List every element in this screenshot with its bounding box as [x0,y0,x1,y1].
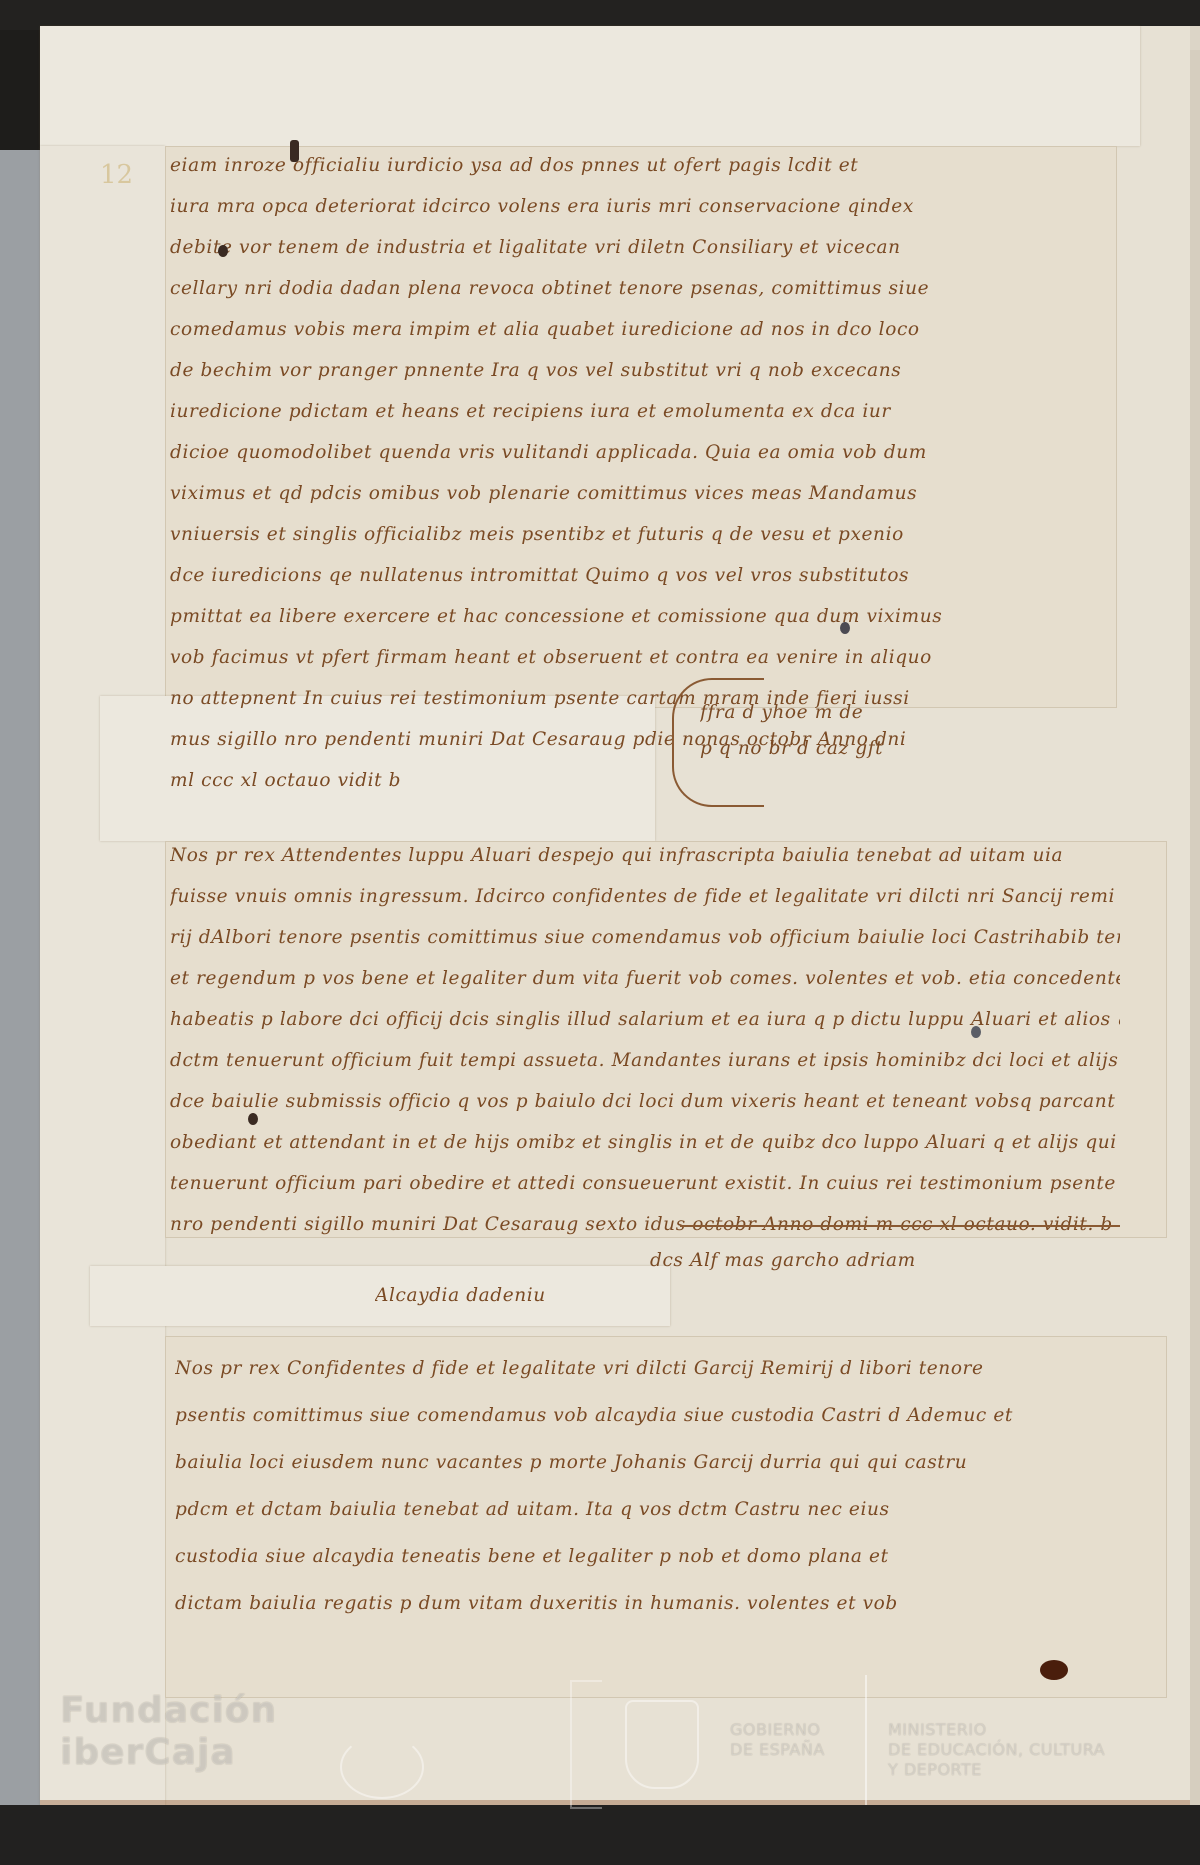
script-line: tenuerunt officium pari obedire et atted… [170,1163,1120,1204]
script-line: rij dAlbori tenore psentis comittimus si… [170,917,1120,958]
signature-line: dcs Alf mas garcho adriam [650,1240,1050,1281]
ink-spot [248,1113,258,1125]
script-line: p q no br d caz gft [700,731,1000,767]
script-line: fuisse vnuis omnis ingressum. Idcirco co… [170,876,1120,917]
script-line: obediant et attendant in et de hijs omib… [170,1122,1120,1163]
watermark-separator [865,1675,867,1805]
scan-background-bottom [0,1805,1200,1865]
text-block-2: Nos pr rex Attendentes luppu Aluari desp… [170,835,1120,1245]
script-line: Alcaydia dadeniu [375,1275,615,1316]
ink-spot [218,245,228,257]
script-line: dicioe quomodolibet quenda vris vulitand… [170,432,1070,473]
watermark-gobierno: GOBIERNO DE ESPAÑA [730,1720,825,1760]
script-line: dctm tenuerunt officium fuit tempi assue… [170,1040,1120,1081]
script-line: dcs Alf mas garcho adriam [650,1240,1050,1281]
coat-of-arms-icon [625,1700,699,1789]
script-line: Nos pr rex Attendentes luppu Aluari desp… [170,835,1120,876]
watermark-line: MINISTERIO [888,1720,1105,1740]
script-line: de bechim vor pranger pnnente Ira q vos … [170,350,1070,391]
ink-blot [1040,1660,1068,1680]
watermark-bracket [570,1680,602,1809]
script-line: eiam inroze officialiu iurdicio ysa ad d… [170,145,1070,186]
script-line: dictam baiulia regatis p dum vitam duxer… [175,1580,1125,1627]
script-line: et regendum p vos bene et legaliter dum … [170,958,1120,999]
ink-spot [290,140,299,162]
script-line: vob facimus vt pfert firmam heant et obs… [170,637,1070,678]
script-line: viximus et qd pdcis omibus vob plenarie … [170,473,1070,514]
separator-rule [680,1225,1120,1227]
watermark-line: GOBIERNO [730,1720,825,1740]
script-line: iura mra opca deteriorat idcirco volens … [170,186,1070,227]
script-line: psentis comittimus siue comendamus vob a… [175,1392,1125,1439]
watermark-fundacion-ibercaja: Fundación iberCaja [60,1690,277,1774]
watermark-line: Fundación [60,1690,277,1732]
marginal-note: ffra d yhoe m de p q no br d caz gft [700,695,1000,767]
text-block-3: Nos pr rex Confidentes d fide et legalit… [175,1345,1125,1627]
script-line: ffra d yhoe m de [700,695,1000,731]
repair-strip-left [40,146,165,1806]
section-heading: Alcaydia dadeniu [375,1275,615,1316]
script-line: comedamus vobis mera impim et alia quabe… [170,309,1070,350]
watermark-line: DE EDUCACIÓN, CULTURA [888,1740,1105,1760]
script-line: baiulia loci eiusdem nunc vacantes p mor… [175,1439,1125,1486]
watermark-line: DE ESPAÑA [730,1740,825,1760]
script-line: pdcm et dctam baiulia tenebat ad uitam. … [175,1486,1125,1533]
script-line: vniuersis et singlis officialibz meis ps… [170,514,1070,555]
ink-spot [840,622,850,634]
script-line: cellary nri dodia dadan plena revoca obt… [170,268,1070,309]
repair-strip-top [40,26,1140,146]
script-line: custodia siue alcaydia teneatis bene et … [175,1533,1125,1580]
folio-number: 12 [100,160,133,190]
watermark-line: Y DEPORTE [888,1760,1105,1780]
script-line: dce baiulie submissis officio q vos p ba… [170,1081,1120,1122]
script-line: iuredicione pdictam et heans et recipien… [170,391,1070,432]
script-line: debite vor tenem de industria et ligalit… [170,227,1070,268]
script-line: Nos pr rex Confidentes d fide et legalit… [175,1345,1125,1392]
ink-spot [971,1026,981,1038]
watermark-ministerio: MINISTERIO DE EDUCACIÓN, CULTURA Y DEPOR… [888,1720,1105,1780]
script-line: pmittat ea libere exercere et hac conces… [170,596,1070,637]
ibercaja-logo-icon [340,1735,424,1799]
watermark-line: iberCaja [60,1732,277,1774]
script-line: dce iuredicions qe nullatenus intromitta… [170,555,1070,596]
